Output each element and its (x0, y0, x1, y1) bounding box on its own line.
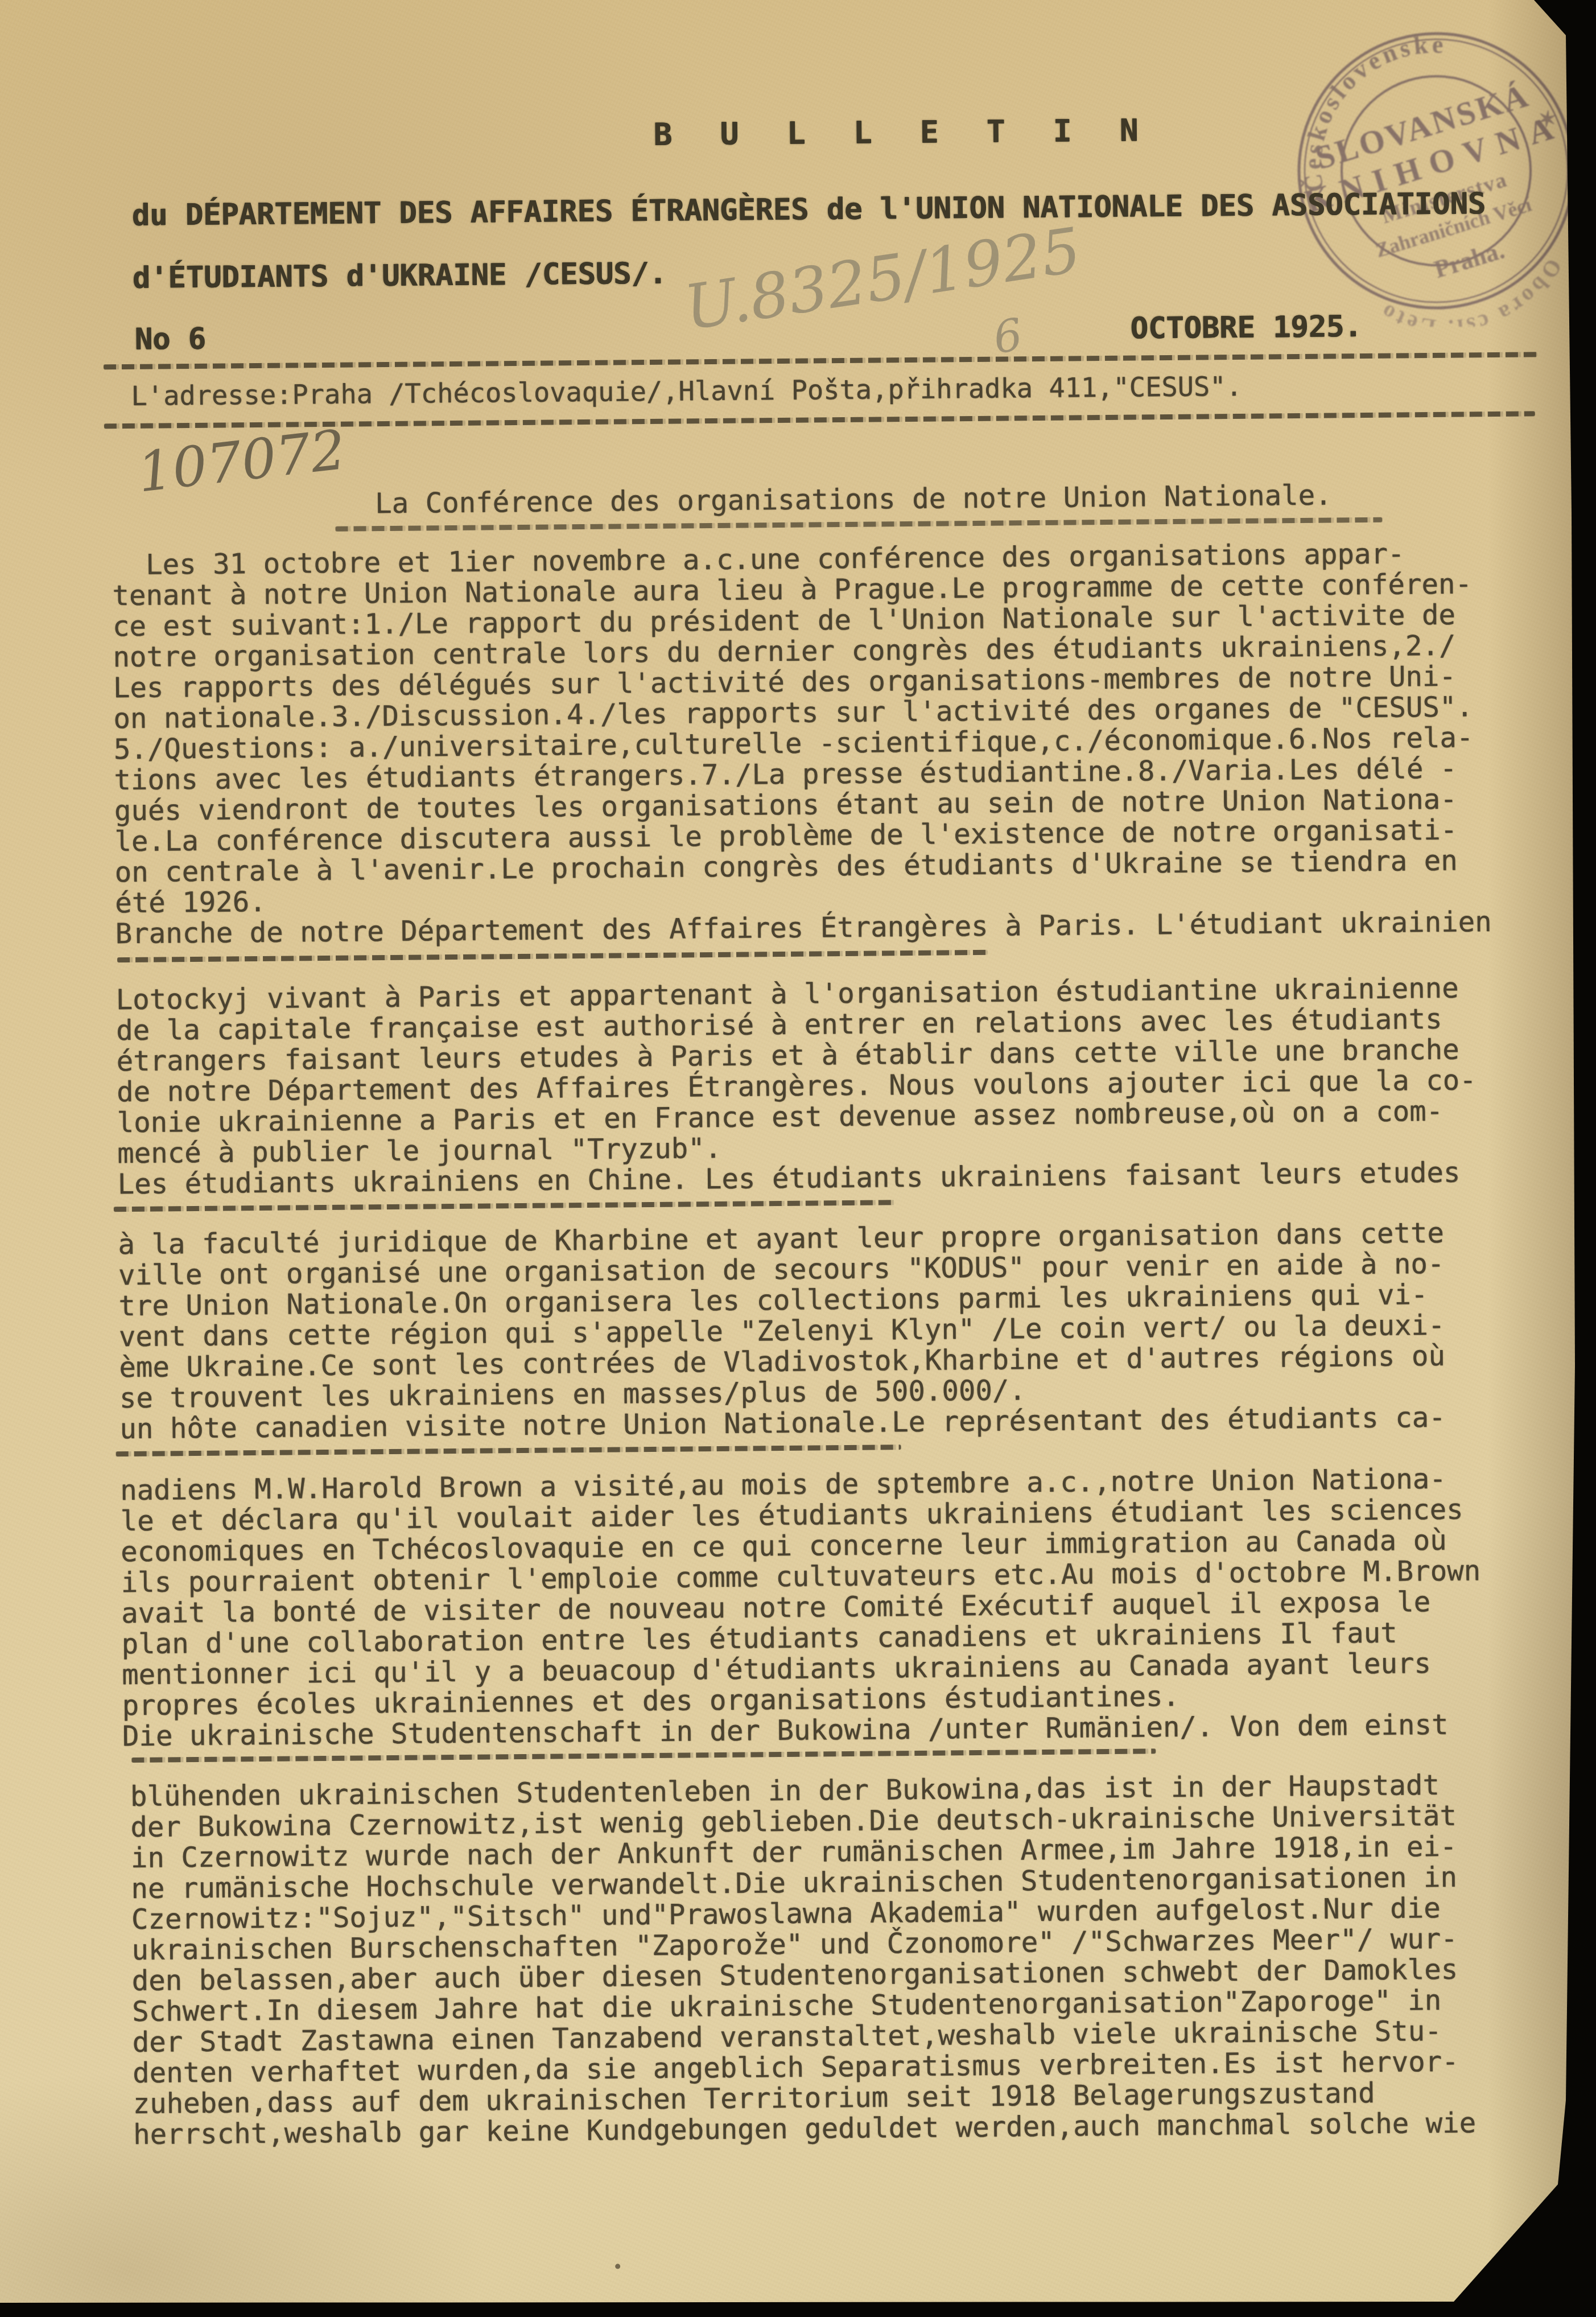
paragraph-paris-branch: Lotockyj vivant à Paris et appartenant à… (116, 973, 1477, 1200)
article-heading: La Conférence des organisations de notre… (375, 480, 1332, 520)
separator-rule (104, 352, 1537, 369)
separator-rule (117, 950, 988, 962)
issue-number: No 6 (134, 324, 206, 355)
scanned-bulletin-page: Československe ✶ Obora čsl. Leto SLOVANS… (0, 0, 1596, 2317)
paragraph-china-students: à la faculté juridique de Kharbine et ay… (118, 1218, 1446, 1444)
typewritten-content: B U L L E T I N du DÉPARTEMENT DES AFFAI… (0, 0, 1596, 2317)
handwritten-ref-number: U.8325/1925 (680, 215, 1085, 344)
paragraph-bukowina: blühenden ukrainischen Studentenleben in… (130, 1769, 1477, 2150)
address-line: L'adresse:Praha /Tchécoslovaquie/,Hlavní… (131, 372, 1242, 412)
handwritten-ref-suffix: 6 (990, 309, 1025, 364)
paper-sheet: Československe ✶ Obora čsl. Leto SLOVANS… (0, 0, 1596, 2317)
org-line-2: d'ÉTUDIANTS d'UKRAINE /CESUS/. (132, 258, 667, 294)
bulletin-title: B U L L E T I N (653, 115, 1153, 150)
separator-rule (116, 1444, 901, 1456)
org-line-1: du DÉPARTEMENT DES AFFAIRES ÉTRANGÈRES d… (131, 188, 1486, 231)
ink-speck (615, 2264, 620, 2269)
separator-rule (335, 517, 1382, 532)
issue-date: OCTOBRE 1925. (1130, 311, 1362, 344)
handwritten-archive-number: 107072 (134, 418, 349, 505)
paragraph-canadian-guest: nadiens M.W.Harold Brown a visité,au moi… (120, 1463, 1482, 1752)
paragraph-conference: Les 31 octobre et 1ier novembre a.c.une … (112, 538, 1492, 949)
separator-rule (114, 1200, 896, 1212)
